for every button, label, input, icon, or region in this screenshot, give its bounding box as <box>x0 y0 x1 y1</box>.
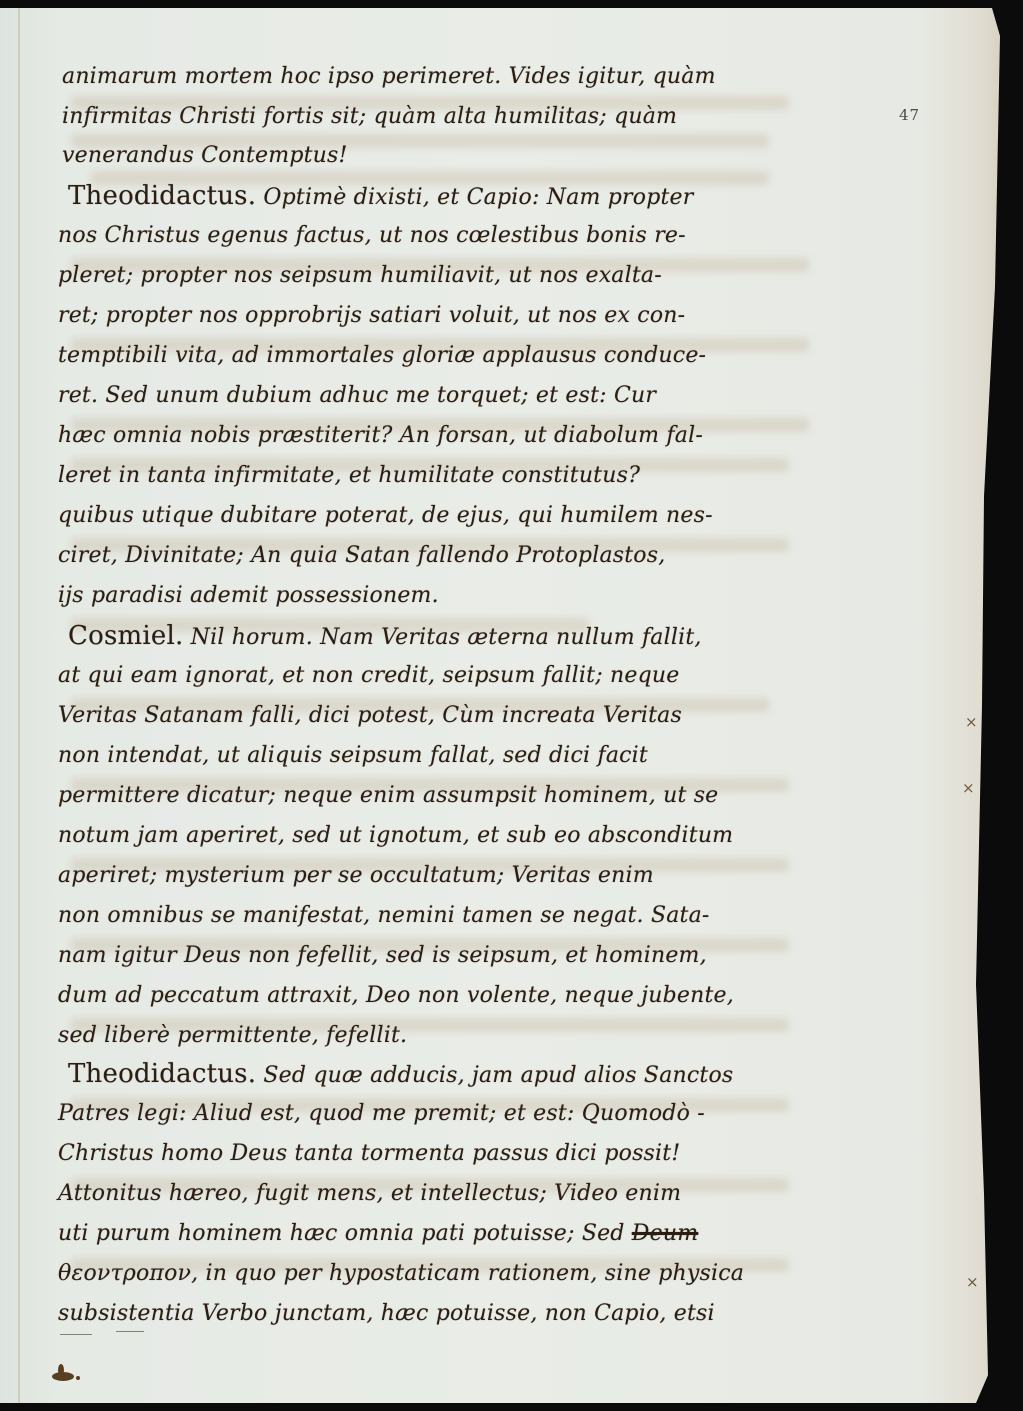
text-line-8: temptibili vita, ad immortales gloriæ ap… <box>58 343 706 368</box>
text-line-13: ciret, Divinitate; An quia Satan fallend… <box>58 543 665 568</box>
speaker-label: Theodidactus. <box>68 181 256 211</box>
text-line-25: sed liberè permittente, fefellit. <box>58 1023 407 1048</box>
ink-blot <box>38 1364 78 1384</box>
folio-number: 47 <box>899 106 920 124</box>
text-line-1: animarum mortem hoc ipso perimeret. Vide… <box>62 64 716 89</box>
text-line-19: permittere dicatur; neque enim assumpsit… <box>58 783 718 808</box>
margin-cross-1: × <box>965 713 978 731</box>
text-line-3: venerandus Contemptus! <box>62 143 348 168</box>
text-line-21: aperiret; mysterium per se occultatum; V… <box>58 863 654 888</box>
speaker-label: Theodidactus. <box>68 1059 256 1089</box>
pencil-stroke <box>60 1334 92 1335</box>
margin-cross-2: × <box>962 779 975 797</box>
text-line-12: quibus utique dubitare poterat, de ejus,… <box>58 503 713 528</box>
text-line-14: ijs paradisi ademit possessionem. <box>58 583 439 608</box>
text-line-17: Veritas Satanam falli, dici potest, Cùm … <box>58 703 682 728</box>
text-line-10: hæc omnia nobis præstiterit? An forsan, … <box>58 423 703 448</box>
text-line-5: nos Christus egenus factus, ut nos cœles… <box>58 223 686 248</box>
text-line-9: ret. Sed unum dubium adhuc me torquet; e… <box>58 383 656 408</box>
text-line-20: notum jam aperiret, sed ut ignotum, et s… <box>58 823 733 848</box>
text-line-15: Cosmiel. Nil horum. Nam Veritas æterna n… <box>68 621 702 651</box>
text-line-18: non intendat, ut aliquis seipsum fallat,… <box>58 743 648 768</box>
struck-word: Deum <box>632 1221 699 1246</box>
text-line-28: Christus homo Deus tanta tormenta passus… <box>58 1141 680 1166</box>
line-text: uti purum hominem hæc omnia pati potuiss… <box>58 1221 632 1246</box>
text-line-29: Attonitus hæreo, fugit mens, et intellec… <box>58 1181 681 1206</box>
text-line-27: Patres legi: Aliud est, quod me premit; … <box>58 1101 705 1126</box>
margin-cross-3: × <box>966 1273 979 1291</box>
text-line-30: uti purum hominem hæc omnia pati potuiss… <box>58 1221 698 1246</box>
text-line-24: dum ad peccatum attraxit, Deo non volent… <box>58 983 734 1008</box>
binding-fold <box>18 8 20 1403</box>
text-line-7: ret; propter nos opprobrijs satiari volu… <box>58 303 685 328</box>
text-line-16: at qui eam ignorat, et non credit, seips… <box>58 663 679 688</box>
speech-text: Optimè dixisti, et Capio: Nam propter <box>256 185 693 210</box>
text-line-26: Theodidactus. Sed quæ adducis, jam apud … <box>68 1059 733 1089</box>
text-line-2: infirmitas Christi fortis sit; quàm alta… <box>62 104 677 129</box>
text-line-32: subsistentia Verbo junctam, hæc potuisse… <box>58 1301 715 1326</box>
text-line-22: non omnibus se manifestat, nemini tamen … <box>58 903 710 928</box>
speech-text: Nil horum. Nam Veritas æterna nullum fal… <box>183 625 701 650</box>
text-line-11: leret in tanta infirmitate, et humilitat… <box>58 463 640 488</box>
pencil-stroke <box>116 1331 144 1332</box>
speaker-label: Cosmiel. <box>68 621 183 651</box>
text-line-23: nam igitur Deus non fefellit, sed is sei… <box>58 943 707 968</box>
speech-text: Sed quæ adducis, jam apud alios Sanctos <box>256 1063 733 1088</box>
text-line-4: Theodidactus. Optimè dixisti, et Capio: … <box>68 181 693 211</box>
text-line-31: θεοντροπον, in quo per hypostaticam rati… <box>58 1261 744 1286</box>
text-line-6: pleret; propter nos seipsum humiliavit, … <box>58 263 662 288</box>
